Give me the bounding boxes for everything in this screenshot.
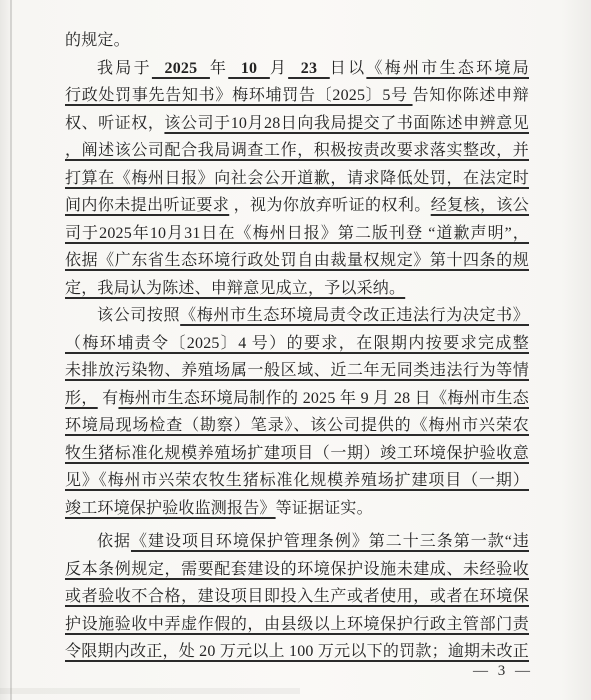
text-line: 反本条例规定，需要配套建设的环境保护设施未建成、未经验收 [65, 556, 529, 584]
underlined-text: 司于2025年10月31日在《梅州日报》第二版刊登 “道歉声明”， [65, 225, 529, 242]
text-line: （梅环埔责令〔2025〕4 号）的要求，在限期内按要求完成整改、 [65, 330, 529, 358]
underlined-text: 间内你未提出听证要求 [65, 197, 229, 214]
underlined-text: 牧生猪标准化规模养殖场扩建项目（一期）竣工环境保护验收意 [65, 445, 529, 462]
scan-edge-shadow [10, 0, 12, 700]
plain-text: 等证据证实。 [276, 500, 373, 517]
underlined-text: 10 [228, 60, 270, 77]
plain-text: 权、听证权， [65, 115, 164, 132]
underlined-text: 经复核，该公 [431, 197, 529, 214]
underlined-text: 《梅州市生态环境局 [366, 60, 529, 77]
underlined-text: 护设施验收中弄虚作假的，由县级以上环境保护行政主管部门责 [65, 616, 529, 633]
text-line: 见》《梅州市兴荣农牧生猪标准化规模养殖场扩建项目（一期） [65, 467, 529, 495]
text-line: 我局于 2025 年 10 月 23 日以《梅州市生态环境局 [65, 55, 529, 83]
underlined-text: 打算在《梅州日报》向社会公开道歉，请求降低处罚，在法定时 [65, 170, 529, 187]
document-page: 的规定。我局于 2025 年 10 月 23 日以《梅州市生态环境局行政处罚事先… [0, 0, 591, 700]
plain-text: ，视为你放弃听证的权利。 [229, 197, 430, 214]
plain-text: 依据 [97, 533, 131, 550]
underlined-text: （梅环埔责令〔2025〕4 号）的要求，在限期内按要求完成整改、 [65, 335, 529, 358]
plain-text: 的规定。 [65, 32, 130, 49]
text-line: 竣工环境保护验收监测报告》等证据证实。 [65, 495, 529, 523]
text-line: 打算在《梅州日报》向社会公开道歉，请求降低处罚，在法定时 [65, 165, 529, 193]
text-line: 行政处罚事先告知书》梅环埔罚告〔2025〕5号 告知你陈述申辩 [65, 82, 529, 110]
plain-text: 该公司按照 [97, 307, 180, 324]
underlined-text: 定，我局认为陈述、申辩意见成立，予以采纳。 [65, 280, 405, 297]
underlined-text: 行政处罚事先告知书》梅环埔罚告〔2025〕5号 [65, 87, 413, 104]
text-line: ，阐述该公司配合我局调查工作，积极按责改要求落实整改，并 [65, 137, 529, 165]
underlined-text: 或者验收不合格，建设项目即投入生产或者使用，或者在环境保 [65, 588, 529, 605]
plain-text: 我局于 [97, 60, 152, 77]
underlined-text: 未排放污染物、养殖场属一般区域、近二年无同类违法行为等情 [65, 362, 529, 379]
text-line: 司于2025年10月31日在《梅州日报》第二版刊登 “道歉声明”， [65, 220, 529, 248]
underlined-text: 见》《梅州市兴荣农牧生猪标准化规模养殖场扩建项目（一期） [65, 472, 529, 489]
text-line: 牧生猪标准化规模养殖场扩建项目（一期）竣工环境保护验收意 [65, 440, 529, 468]
underlined-text: 依据《广东省生态环境行政处罚自由裁量权规定》第十四条的规 [65, 252, 529, 269]
underlined-text: ，阐述该公司配合我局调查工作，积极按责改要求落实整改，并 [65, 142, 529, 159]
scan-smudge [0, 688, 300, 694]
underlined-text: 23 [288, 60, 330, 77]
plain-text: 月 [270, 60, 288, 77]
text-line: 形， 有梅州市生态环境局制作的 2025 年 9 月 28 日《梅州市生态 [65, 385, 529, 413]
text-line: 依据《广东省生态环境行政处罚自由裁量权规定》第十四条的规 [65, 247, 529, 275]
text-line: 护设施验收中弄虚作假的，由县级以上环境保护行政主管部门责 [65, 611, 529, 639]
underlined-text: 竣工环境保护验收监测报告》 [65, 500, 276, 517]
document-body: 的规定。我局于 2025 年 10 月 23 日以《梅州市生态环境局行政处罚事先… [65, 27, 529, 666]
plain-text: 有 [98, 390, 119, 407]
text-line: 权、听证权，该公司于10月28日向我局提交了书面陈述申辨意见 [65, 110, 529, 138]
text-line: 或者验收不合格，建设项目即投入生产或者使用，或者在环境保 [65, 583, 529, 611]
text-line: 未排放污染物、养殖场属一般区域、近二年无同类违法行为等情 [65, 357, 529, 385]
text-line: 定，我局认为陈述、申辩意见成立，予以采纳。 [65, 275, 529, 303]
underlined-text: 环境局现场检查（勘察）笔录》、该公司提供的《梅州市兴荣农 [65, 417, 529, 434]
text-line: 该公司按照《梅州市生态环境局责令改正违法行为决定书》 [65, 302, 529, 330]
underlined-text: 2025 [152, 60, 210, 77]
plain-text: 年 [210, 60, 228, 77]
underlined-text: 该公司于10月28日向我局提交了书面陈述申辨意见 [164, 115, 529, 132]
underlined-text: 形， [65, 390, 98, 407]
underlined-text: 反本条例规定，需要配套建设的环境保护设施未建成、未经验收 [65, 561, 529, 578]
text-line: 环境局现场检查（勘察）笔录》、该公司提供的《梅州市兴荣农 [65, 412, 529, 440]
text-line: 令限期内改正，处 20 万元以上 100 万元以下的罚款；逾期未改正 [65, 638, 529, 666]
plain-text: 日以 [330, 60, 367, 77]
page-number: — 3 — [473, 663, 533, 680]
text-line: 的规定。 [65, 27, 529, 55]
text-line: 间内你未提出听证要求 ，视为你放弃听证的权利。经复核，该公 [65, 192, 529, 220]
underlined-text: 梅州市生态环境局制作的 2025 年 9 月 28 日《梅州市生态 [118, 390, 529, 407]
underlined-text: 《梅州市生态环境局责令改正违法行为决定书》 [180, 307, 529, 324]
text-line: 依据《建设项目环境保护管理条例》第二十三条第一款“违 [65, 528, 529, 556]
plain-text: 告知你陈述申辩 [413, 87, 529, 104]
underlined-text: 《建设项目环境保护管理条例》第二十三条第一款“违 [131, 533, 529, 550]
underlined-text: 令限期内改正，处 20 万元以上 100 万元以下的罚款；逾期未改正 [65, 643, 529, 660]
